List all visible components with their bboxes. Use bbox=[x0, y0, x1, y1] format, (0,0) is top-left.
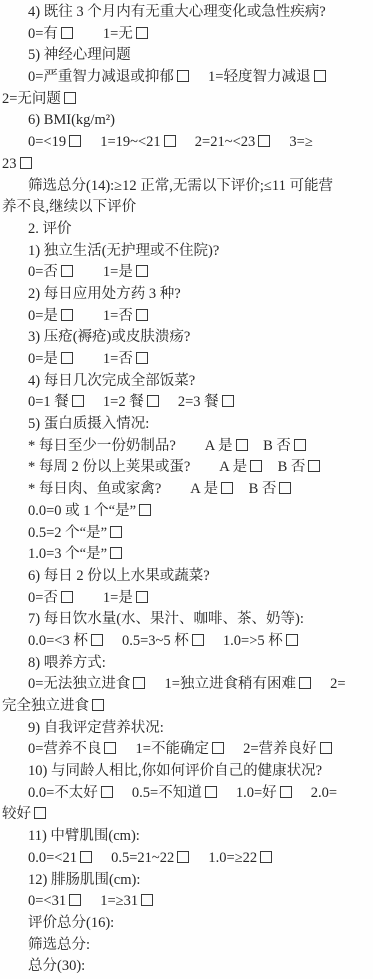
checkbox[interactable] bbox=[69, 135, 81, 147]
line-text: 0=<19 bbox=[28, 134, 66, 150]
checkbox[interactable] bbox=[133, 677, 145, 689]
line-text: 2=3 餐 bbox=[160, 394, 219, 410]
line-text: 2=营养良好 bbox=[225, 741, 317, 757]
line-text: * 每日至少一份奶制品? A 是 bbox=[28, 438, 233, 454]
line-text: 0=无法独立进食 bbox=[28, 676, 130, 692]
checkbox[interactable] bbox=[250, 460, 262, 472]
line-text: 0=是 bbox=[28, 308, 58, 324]
form-line: 0.0=<3 杯 0.5=3~5 杯 1.0=>5 杯 bbox=[2, 631, 371, 653]
checkbox[interactable] bbox=[92, 699, 104, 711]
line-text: 1=19~<21 bbox=[82, 134, 161, 150]
line-text: * 每日肉、鱼或家禽? A 是 bbox=[28, 481, 218, 497]
line-text: 2.0= bbox=[293, 785, 337, 801]
line-text: 0=营养不良 bbox=[28, 741, 101, 757]
checkbox[interactable] bbox=[177, 70, 189, 82]
checkbox[interactable] bbox=[320, 742, 332, 754]
line-text: 1.0=3 个“是” bbox=[28, 546, 107, 562]
line-text: 4) 每日几次完成全部饭菜? bbox=[28, 373, 195, 389]
checkbox[interactable] bbox=[80, 851, 92, 863]
form-line: 0=<19 1=19~<21 2=21~<23 3=≥ bbox=[2, 132, 371, 154]
form-line: 完全独立进食 bbox=[2, 696, 371, 718]
form-line: 0=严重智力减退或抑郁 1=轻度智力减退 bbox=[2, 67, 371, 89]
line-text: 4) 既往 3 个月内有无重大心理变化或急性疾病? bbox=[28, 4, 326, 20]
checkbox[interactable] bbox=[136, 309, 148, 321]
line-text: 2= bbox=[312, 676, 346, 692]
form-line: 4) 每日几次完成全部饭菜? bbox=[2, 371, 371, 393]
line-text: B 否 bbox=[249, 438, 291, 454]
line-text: 总分(30): bbox=[28, 958, 85, 974]
checkbox[interactable] bbox=[136, 265, 148, 277]
form-line: 评价总分(16): bbox=[2, 913, 371, 935]
form-line: 2=无问题 bbox=[2, 89, 371, 111]
line-text: B 否 bbox=[234, 481, 276, 497]
line-text: 0=否 bbox=[28, 264, 58, 280]
line-text: 评价总分(16): bbox=[28, 915, 114, 931]
checkbox[interactable] bbox=[34, 807, 46, 819]
line-text: 2=无问题 bbox=[2, 91, 61, 107]
checkbox[interactable] bbox=[61, 591, 73, 603]
checkbox[interactable] bbox=[212, 742, 224, 754]
line-text: 1=2 餐 bbox=[85, 394, 144, 410]
checkbox[interactable] bbox=[61, 265, 73, 277]
form-line: 3) 压疮(褥疮)或皮肤溃疡? bbox=[2, 327, 371, 349]
line-text: 0.5=不知道 bbox=[114, 785, 202, 801]
form-line: 1) 独立生活(无护理或不住院)? bbox=[2, 241, 371, 263]
form-line: 总分(30): bbox=[2, 956, 371, 978]
checkbox[interactable] bbox=[91, 634, 103, 646]
line-text: 0=严重智力减退或抑郁 bbox=[28, 69, 174, 85]
line-text: 0.5=2 个“是” bbox=[28, 525, 107, 541]
checkbox[interactable] bbox=[314, 70, 326, 82]
checkbox[interactable] bbox=[61, 27, 73, 39]
form-line: 5) 蛋白质摄入情况: bbox=[2, 414, 371, 436]
line-text: 1=否 bbox=[74, 351, 133, 367]
line-text: 0=否 bbox=[28, 590, 58, 606]
checkbox[interactable] bbox=[299, 677, 311, 689]
checkbox[interactable] bbox=[20, 157, 32, 169]
checkbox[interactable] bbox=[286, 634, 298, 646]
form-line: 23 bbox=[2, 154, 371, 176]
checkbox[interactable] bbox=[136, 591, 148, 603]
form-line: 10) 与同龄人相比,你如何评价自己的健康状况? bbox=[2, 761, 371, 783]
checkbox[interactable] bbox=[221, 482, 233, 494]
line-text: 23 bbox=[2, 156, 17, 172]
line-text: 8) 喂养方式: bbox=[28, 655, 106, 671]
line-text: 筛选总分(14):≥12 正常,无需以下评价;≤11 可能营 bbox=[28, 178, 333, 194]
form-line: 6) 每日 2 份以上水果或蔬菜? bbox=[2, 566, 371, 588]
line-text: 0.5=21~22 bbox=[93, 850, 174, 866]
checkbox[interactable] bbox=[147, 395, 159, 407]
form-line: 11) 中臂肌围(cm): bbox=[2, 826, 371, 848]
form-line: 2) 每日应用处方药 3 种? bbox=[2, 284, 371, 306]
line-text: 2. 评价 bbox=[28, 221, 72, 237]
line-text: 1) 独立生活(无护理或不住院)? bbox=[28, 243, 219, 259]
line-text: 1=不能确定 bbox=[117, 741, 209, 757]
form-line: 筛选总分: bbox=[2, 935, 371, 957]
checkbox[interactable] bbox=[205, 786, 217, 798]
checkbox[interactable] bbox=[136, 352, 148, 364]
form-line: 7) 每日饮水量(水、果汁、咖啡、茶、奶等): bbox=[2, 609, 371, 631]
form-line: 筛选总分(14):≥12 正常,无需以下评价;≤11 可能营 bbox=[2, 176, 371, 198]
checkbox[interactable] bbox=[61, 309, 73, 321]
checkbox[interactable] bbox=[141, 894, 153, 906]
form-line: 较好 bbox=[2, 804, 371, 826]
line-text: 3) 压疮(褥疮)或皮肤溃疡? bbox=[28, 329, 190, 345]
form-line: 0=<31 1=≥31 bbox=[2, 891, 371, 913]
form-line: 0=营养不良 1=不能确定 2=营养良好 bbox=[2, 739, 371, 761]
checkbox[interactable] bbox=[104, 742, 116, 754]
form-line: 0=有 1=无 bbox=[2, 24, 371, 46]
line-text: 较好 bbox=[2, 806, 31, 822]
line-text: 0.0=不太好 bbox=[28, 785, 98, 801]
checkbox[interactable] bbox=[280, 786, 292, 798]
form-line: 8) 喂养方式: bbox=[2, 653, 371, 675]
form-line: 0.5=2 个“是” bbox=[2, 523, 371, 545]
form-line: * 每日肉、鱼或家禽? A 是 B 否 bbox=[2, 479, 371, 501]
line-text: 1.0=>5 杯 bbox=[205, 633, 283, 649]
line-text: 5) 神经心理问题 bbox=[28, 47, 131, 63]
checkbox[interactable] bbox=[294, 439, 306, 451]
line-text: 3=≥ bbox=[271, 134, 313, 150]
line-text: 0=有 bbox=[28, 26, 58, 42]
line-text: 1.0=≥22 bbox=[190, 850, 257, 866]
checkbox[interactable] bbox=[136, 27, 148, 39]
form-line: 9) 自我评定营养状况: bbox=[2, 718, 371, 740]
line-text: 10) 与同龄人相比,你如何评价自己的健康状况? bbox=[28, 763, 322, 779]
form-line: 0.0=不太好 0.5=不知道 1.0=好 2.0= bbox=[2, 783, 371, 805]
line-text: 6) 每日 2 份以上水果或蔬菜? bbox=[28, 568, 210, 584]
checkbox[interactable] bbox=[177, 851, 189, 863]
checkbox[interactable] bbox=[222, 395, 234, 407]
form-line: 0=是 1=否 bbox=[2, 306, 371, 328]
form-line: 0.0=<21 0.5=21~22 1.0=≥22 bbox=[2, 848, 371, 870]
line-text: 1=轻度智力减退 bbox=[190, 69, 311, 85]
line-text: * 每周 2 份以上荚果或蛋? A 是 bbox=[28, 459, 247, 475]
form-line: 0=是 1=否 bbox=[2, 349, 371, 371]
checkbox[interactable] bbox=[61, 352, 73, 364]
checkbox[interactable] bbox=[236, 439, 248, 451]
line-text: 1.0=好 bbox=[218, 785, 277, 801]
line-text: 1=是 bbox=[74, 264, 133, 280]
line-text: 7) 每日饮水量(水、果汁、咖啡、茶、奶等): bbox=[28, 611, 304, 627]
checkbox[interactable] bbox=[260, 851, 272, 863]
form-line: 养不良,继续以下评价 bbox=[2, 197, 371, 219]
form-page: 4) 既往 3 个月内有无重大心理变化或急性疾病?0=有 1=无5) 神经心理问… bbox=[0, 0, 373, 979]
line-text: 0=<31 bbox=[28, 893, 66, 909]
line-text: 0=是 bbox=[28, 351, 58, 367]
checkbox[interactable] bbox=[110, 526, 122, 538]
line-text: 0.0=0 或 1 个“是” bbox=[28, 503, 136, 519]
line-text: 筛选总分: bbox=[28, 937, 90, 953]
checkbox[interactable] bbox=[258, 135, 270, 147]
form-line: * 每日至少一份奶制品? A 是 B 否 bbox=[2, 436, 371, 458]
form-line: 6) BMI(kg/m²) bbox=[2, 110, 371, 132]
form-line: * 每周 2 份以上荚果或蛋? A 是 B 否 bbox=[2, 457, 371, 479]
checkbox[interactable] bbox=[279, 482, 291, 494]
line-text: 6) BMI(kg/m²) bbox=[28, 112, 115, 128]
form-line: 1.0=3 个“是” bbox=[2, 544, 371, 566]
line-text: 2=21~<23 bbox=[177, 134, 256, 150]
line-text: 完全独立进食 bbox=[2, 698, 89, 714]
line-text: 1=否 bbox=[74, 308, 133, 324]
form-line: 0.0=0 或 1 个“是” bbox=[2, 501, 371, 523]
checkbox[interactable] bbox=[101, 786, 113, 798]
form-line: 5) 神经心理问题 bbox=[2, 45, 371, 67]
line-text: 2) 每日应用处方药 3 种? bbox=[28, 286, 181, 302]
line-text: B 否 bbox=[263, 459, 305, 475]
line-text: 1=无 bbox=[74, 26, 133, 42]
checkbox[interactable] bbox=[69, 894, 81, 906]
line-text: 11) 中臂肌围(cm): bbox=[28, 828, 140, 844]
form-line: 0=否 1=是 bbox=[2, 262, 371, 284]
line-text: 1=是 bbox=[74, 590, 133, 606]
checkbox[interactable] bbox=[72, 395, 84, 407]
line-text: 0=1 餐 bbox=[28, 394, 69, 410]
line-text: 养不良,继续以下评价 bbox=[2, 199, 136, 215]
line-text: 9) 自我评定营养状况: bbox=[28, 720, 164, 736]
line-text: 0.0=<21 bbox=[28, 850, 77, 866]
line-text: 0.5=3~5 杯 bbox=[104, 633, 189, 649]
checkbox[interactable] bbox=[308, 460, 320, 472]
checkbox[interactable] bbox=[192, 634, 204, 646]
form-line: 4) 既往 3 个月内有无重大心理变化或急性疾病? bbox=[2, 2, 371, 24]
form-line: 2. 评价 bbox=[2, 219, 371, 241]
form-line: 12) 腓肠肌围(cm): bbox=[2, 870, 371, 892]
checkbox[interactable] bbox=[164, 135, 176, 147]
line-text: 1=≥31 bbox=[82, 893, 138, 909]
checkbox[interactable] bbox=[139, 504, 151, 516]
line-text: 5) 蛋白质摄入情况: bbox=[28, 416, 149, 432]
line-text: 0.0=<3 杯 bbox=[28, 633, 88, 649]
form-line: 0=1 餐 1=2 餐 2=3 餐 bbox=[2, 392, 371, 414]
form-line: 0=无法独立进食 1=独立进食稍有困难 2= bbox=[2, 674, 371, 696]
checkbox[interactable] bbox=[110, 547, 122, 559]
line-text: 12) 腓肠肌围(cm): bbox=[28, 872, 140, 888]
checkbox[interactable] bbox=[64, 92, 76, 104]
line-text: 1=独立进食稍有困难 bbox=[146, 676, 296, 692]
form-line: 0=否 1=是 bbox=[2, 588, 371, 610]
